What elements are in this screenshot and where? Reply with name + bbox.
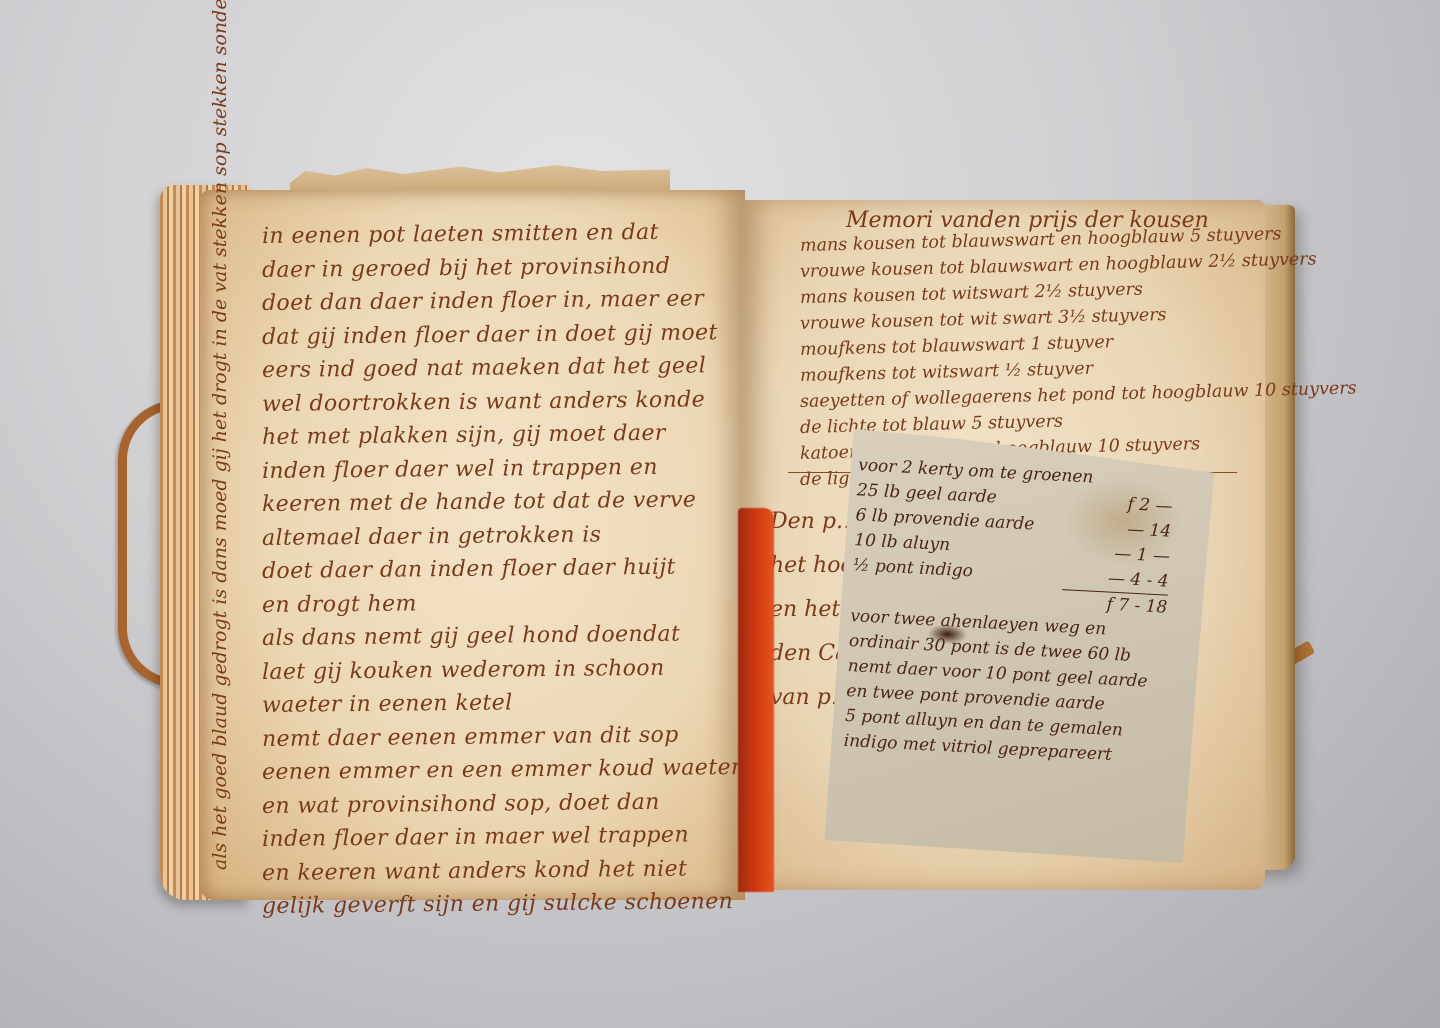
left-page: als het goed blaud gedrogt is dans moed … xyxy=(200,190,745,900)
note-item-amount: — 4 - 4 xyxy=(1107,567,1169,595)
manuscript-line: eenen emmer en een emmer koud waeter xyxy=(262,751,739,789)
manuscript-line: en drogt hem xyxy=(262,584,739,622)
manuscript-line: waeter in eenen ketel xyxy=(262,684,739,722)
manuscript-line: dat gij inden floer daer in doet gij moe… xyxy=(262,316,739,354)
manuscript-line: eers ind goed nat maeken dat het geel xyxy=(262,349,739,387)
manuscript-line: doet dan daer inden floer in, maer eer xyxy=(262,282,739,320)
photo-scene: als het goed blaud gedrogt is dans moed … xyxy=(0,0,1440,1028)
manuscript-line: en wat provinsihond sop, doet dan xyxy=(262,785,739,823)
note-item-amount: f 2 — xyxy=(1112,492,1173,520)
note-item-amount: — 14 xyxy=(1111,517,1172,545)
manuscript-line: altemael daer in getrokken is xyxy=(262,517,739,555)
manuscript-line: en keeren want anders kond het niet xyxy=(262,852,739,890)
left-page-text: in eenen pot laeten smitten en dat daer … xyxy=(262,220,739,924)
manuscript-line: gelijk geverft sijn en gij sulcke schoen… xyxy=(262,885,739,923)
loose-note: voor 2 kerty om te groenen 25 lb geel aa… xyxy=(824,429,1215,864)
note-item-text: ½ pont indigo xyxy=(852,553,973,584)
manuscript-line: nemt daer eenen emmer van dit sop xyxy=(262,718,739,756)
manuscript-line: doet daer dan inden floer daer huijt xyxy=(262,550,739,588)
manuscript-line: daer in geroed bij het provinsihond xyxy=(262,249,739,287)
red-dye-stain xyxy=(738,508,774,892)
margin-note: als het goed blaud gedrogt is dans moed … xyxy=(208,190,232,870)
manuscript-line: als dans nemt gij geel hond doendat xyxy=(262,617,739,655)
manuscript-line: wel doortrokken is want anders konde xyxy=(262,383,739,421)
note-item-amount: — 1 — xyxy=(1109,542,1170,570)
manuscript-line: keeren met de hande tot dat de verve xyxy=(262,483,739,521)
manuscript-line: inden floer daer wel in trappen en xyxy=(262,450,739,488)
loose-note-text: voor 2 kerty om te groenen 25 lb geel aa… xyxy=(843,453,1204,772)
manuscript-line: in eenen pot laeten smitten en dat xyxy=(262,215,739,253)
manuscript-line: inden floer daer in maer wel trappen xyxy=(262,818,739,856)
manuscript-line: het met plakken sijn, gij moet daer xyxy=(262,416,739,454)
manuscript-line: laet gij kouken wederom in schoon xyxy=(262,651,739,689)
